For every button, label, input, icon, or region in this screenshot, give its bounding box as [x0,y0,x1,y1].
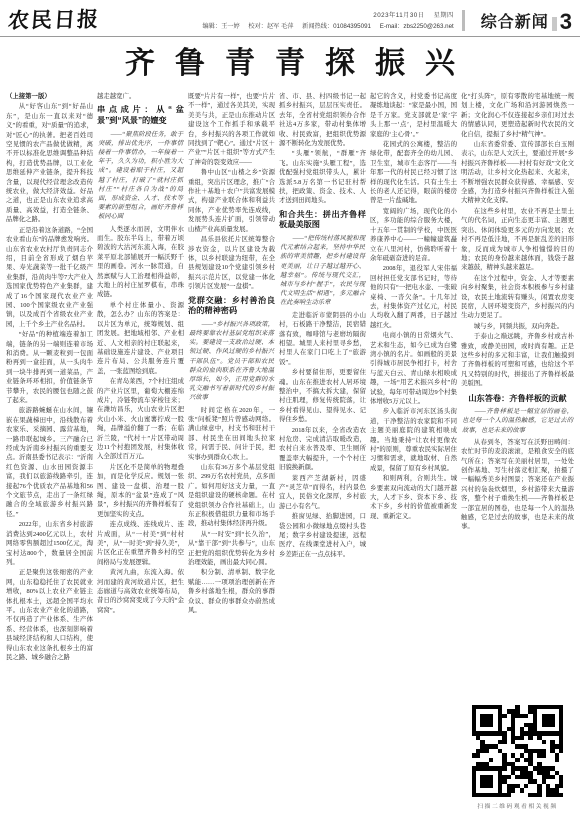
masthead-logo: 农民日报 [7,7,101,33]
qr-block: 扫描二维码观看相关视频 [461,699,574,812]
sub-headline: 和合共生：拼出齐鲁样板最美版图 [279,210,366,231]
date-line: 2023年11月30日 星期四 [196,10,454,21]
body-paragraph: 在青岛莱西，7个村庄组成的产业片区里，葡萄大棚连绵成片，冷链物流车穿梭往来；在潍… [97,377,184,462]
body-paragraph: 宽阔的广场，现代化的小区，多功能的综合服务大楼，十五年一贯制的学校，中医医养康养… [370,207,457,263]
page-header: 农民日报 2023年11月30日 星期四 编辑：王一婷 校对：赵军 毛萍 新闻热… [0,0,580,37]
body-paragraph: 推窗见绿、抬脚进园，口袋公园和小微绿地点缀村头巷尾；数字乡村建设提速，远程医疗、… [279,512,366,559]
intro-quote: ——“把传统村落风貌和现代元素结合起来，坚持中华民族的审美情趣，把乡村建设得更美… [280,234,365,308]
intro-quote: ——齐鲁样板是一幅宜居的画卷，也是每一个人的温热触感，它是过去的故事，也是未来的… [462,407,573,435]
weekday: 星期四 [434,12,454,19]
body-paragraph: 从“好客山东”到“好品山东”，是山东一直以来对“德义”的看重，对“质量”的追求，… [6,102,93,224]
newspaper-page: 农民日报 2023年11月30日 星期四 编辑：王一婷 校对：赵军 毛萍 新闻热… [0,0,580,816]
body-paragraph: 山东省委常委、宣传部部长白玉刚表示，山东是人文沃土，要通过开展“乡村振兴齐鲁样板… [461,140,574,206]
article-columns: （上接第一版）从“好客山东”到“好品山东”，是山东一直以来对“德义”的看重，对“… [6,92,574,812]
proofreader: 校对：赵军 毛萍 [248,23,293,30]
body-paragraph: 单个村庄体量小、资源散，怎么办？山东的答案是：以片区为单元，统筹规划、组团发展。… [97,301,184,376]
editor: 编辑：王一婷 [203,23,240,30]
body-paragraph: 乡村要留住形，更要留住魂。山东在推进农村人居环境整治中，不搞大拆大建，保留村庄肌… [279,368,366,424]
body-paragraph: 花园式的公寓楼，整洁的绿化带，配套齐全的幼儿园、卫生室，城市生态客厅——当年那一… [370,140,457,206]
article-column: 越走越宽广。串点成片：从“盆景”到“风景”的嬗变——“聚焦阶段任务，敢于突破，排… [97,92,184,812]
body-paragraph: 连点成线、连线成片、连片成面，从“一村美”到“村村美”，从“一时美”到“持久美”… [97,520,184,567]
continuation-tag: （上接第一版） [6,92,93,101]
email: E-mail：zbs2250@263.net [380,23,454,30]
section-divider-bar [552,17,557,31]
body-paragraph: 人类逐水而居，文明伴水而生。胶东半岛上，带着万顷碧波的大沽河东流入海，在胶莱平原… [97,225,184,300]
body-paragraph: 在这些乡村里，农业不再是土里土气的代名词，正向生态更丰富、主题更突出、休闲体验更… [461,207,574,273]
article-column: （上接第一版）从“好客山东”到“好品山东”，是山东一直以来对“德义”的看重，对“… [6,92,93,812]
body-paragraph: 2018年以来，全省改造农村危房、完成清洁取暖改造，农村自来水普及率、卫生厕所覆… [279,426,366,473]
article-column: 起它的含义，村党委书记高度凝练地谈起：“家是最小国，国是千万家。党支部就是‘家’… [370,92,457,812]
body-paragraph: 省、市、县、村四级书记一起抓乡村振兴，层层压实责任。去年，全省村党组织领办合作社… [279,92,366,148]
header-meta: 2023年11月30日 星期四 编辑：王一婷 校对：赵军 毛萍 新闻热线：010… [196,10,460,32]
body-paragraph: 城与乡，同频共振，双向奔赴。 [461,322,574,331]
body-paragraph: 莱西产芝湖新村，因盛产“灵芝草”而得名，村内景色宜人，民俗文化深厚，乡村旅游已小… [279,474,366,512]
body-paragraph: 既要“片片有一样”，也要“片片不一样”，通过各美其美，实现美美与共，正是山东推动… [188,92,275,167]
section-header: 综合新闻 3 [481,12,572,32]
body-paragraph: 山东有36万多个基层党组织、299万名农村党员，点多面广。如何用好这支力量，一直… [188,463,275,529]
body-paragraph: 黄河九曲，东流入海。依河而建的黄河故道片区，把生态廊道与高效农业统筹布局，昔日的… [97,568,184,615]
body-paragraph: “头雁”领航，“群雁”齐飞。山东实施“头雁工程”，选优配强村党组织带头人，累计选… [279,149,366,205]
body-paragraph: 昌乐县依托片区统筹整合涉农资金，以片区建设为载体，以乡村联建为纽带，在全县规划建… [188,235,275,291]
body-paragraph: 化“打头阵”，原有零散的宅基地统一规划上楼，文化广场和沿河游园焕然一新；文化润心… [461,92,574,139]
body-paragraph: 从春到冬，答案写在沃野田畴间：农忙时节的麦浪滚滚，是粮食安全的底气所在；答案写在… [461,438,574,532]
body-paragraph: 时间定格在2020年，一张“问板凳”照片曾感动网络。满山绿意中，村支书和驻村干部… [188,406,275,462]
body-paragraph: 和则两利，合则共生。城乡要素双向流动的大门越开越大，人才下乡、资本下乡、技术下乡… [370,474,457,521]
body-paragraph: 在这个过程中，资金、人才等要素向乡村聚集，社会资本积极参与乡村建设，农民土地流转… [461,274,574,321]
body-paragraph: 越走越宽广。 [97,92,184,101]
sub-headline: 串点成片：从“盆景”到“风景”的嬗变 [97,105,184,126]
article-column: 省、市、县、村四级书记一起抓乡村振兴，层层压实责任。去年，全省村党组织领办合作社… [279,92,366,812]
body-paragraph: 正是沿着这条道路，“全国农业看山东”的品牌愈发响亮。山东省农业农村厅负责同志介绍… [6,226,93,329]
intro-quote: ——“聚焦阶段任务，敢于突破，排出优先序，一件事情接着一件事情办，一年接着一年干… [98,130,183,222]
sub-headline: 党群交融：乡村善治良治的精神密码 [188,296,275,317]
main-headline: 齐鲁青青探振兴 [0,42,580,86]
news-hotline: 新闻热线：01084395091 [302,23,371,30]
body-paragraph: 旅游路蜿蜒在山水间，镶嵌在果蔬梯田中，沿线散布着农家乐、采摘园、露营基地，一路串… [6,406,93,519]
body-paragraph: 2008年，退役军人宋伟福回村担任党支部书记时，等待他的只有“一把电水壶、一张破… [370,264,457,330]
body-paragraph: 于泰山之巅远眺，齐鲁乡村或古朴雅致，或静美田园，或时尚有趣。正是这些乡村的多元和… [461,332,574,388]
body-paragraph: 起它的含义，村党委书记高度凝练地谈起：“家是最小国，国是千万家。党支部就是‘家’… [370,92,457,139]
body-paragraph: 片区化不是简单的物理叠加，而是化学反应。规划一张图、建设一盘棋、治理一股绳，原本… [97,463,184,519]
qr-caption: 扫描二维码观看相关视频 [477,801,557,810]
editor-line: 编辑：王一婷 校对：赵军 毛萍 新闻热线：01084395091 E-mail：… [196,21,454,32]
body-paragraph: 积分制、清单制、数字化赋能……一项项治理创新在齐鲁乡村落地生根，群众的事群众议、… [188,568,275,615]
intro-quote: ——“乡村振兴各项政策，最终要靠农村基层党组织来落实。要建设一支政治过硬、本领过… [189,320,274,403]
header-divider-bar [462,10,465,31]
article-column: 既要“片片有一样”，也要“片片不一样”，通过各美其美，实现美美与共，正是山东推动… [188,92,275,812]
page-number: 3 [560,12,572,32]
body-paragraph: 2022年，山东省乡村旅游消费达到2400亿元以上，农村网络零售额超过1500亿… [6,520,93,567]
body-paragraph: 从“一时安”到“长久治”，从“靠干部”到“共参与”，山东正把党的组织优势转化为乡… [188,530,275,568]
body-paragraph: “好品”的种植端连着加工端，链条的另一端则连着市场和消费。从一颗麦粒到一包面粉再… [6,330,93,405]
body-paragraph: 正是聚焦这张细密的产业网，山东稳稳托住了农民就业增收，80%以上农业产业链主体扎… [6,568,93,662]
body-paragraph: 鲁中山区“山楂之乡”资源重组，突出片区理念，推广“合作社＋基地＋农户”共富发展模… [188,168,275,234]
section-name: 综合新闻 [481,14,549,32]
body-paragraph: 电商小镇的日常烟火气、艺术和生态，如今已成为白鹭湾小镇的名片。如画般的美景引得城… [370,331,457,406]
body-paragraph: 步入临沂市河东区汤头街道，干净整洁的农家院和不同主题美丽庭院的建筑相映成趣。当地… [370,407,457,473]
sub-headline: 山东答卷：齐鲁样板的贡献 [461,394,574,405]
date: 2023年11月30日 [373,12,424,19]
body-paragraph: 走进临沂市蒙阴县的小山村，石板路干净整洁，民宿错落有致，咖啡馆与老磨坊隔街相望。… [279,311,366,367]
article-column: 化“打头阵”，原有零散的宅基地统一规划上楼，文化广场和沿河游园焕然一新；文化润心… [461,92,574,812]
qr-code [472,705,564,797]
